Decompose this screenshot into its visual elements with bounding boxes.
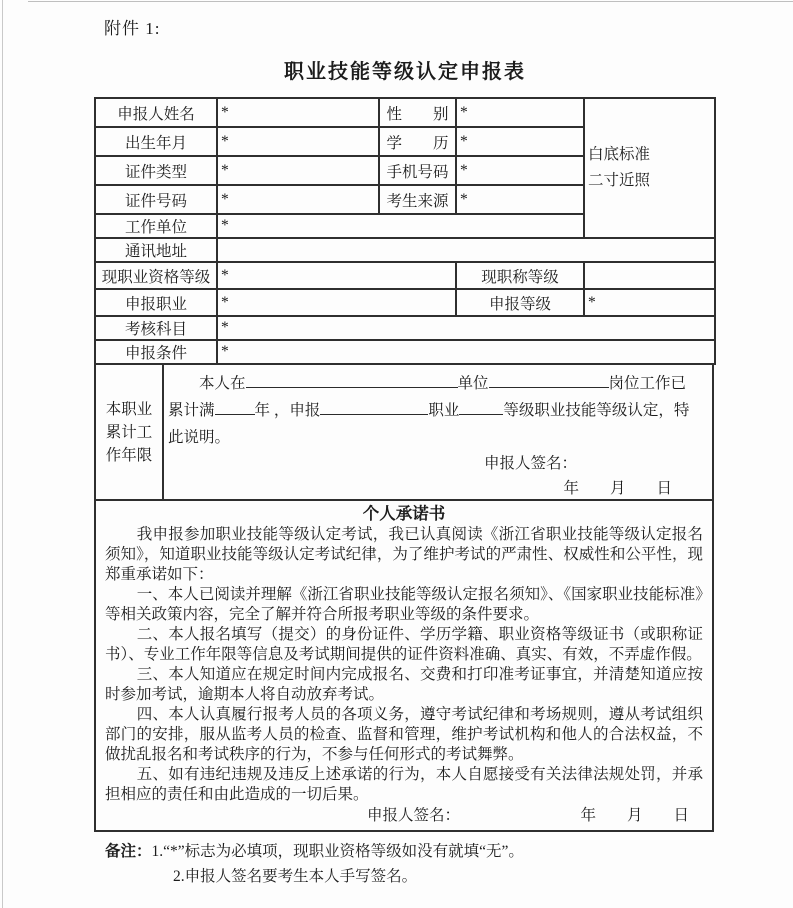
statement-text: 本人在 [199, 375, 246, 392]
note-item-1: 1.“*”标志为必填项，现职业资格等级如没有就填“无”。 [152, 843, 524, 860]
statement-text: 职业 [428, 402, 459, 419]
employer-value: * [217, 214, 584, 238]
photo-note-line2: 二寸近照 [588, 168, 711, 194]
photo-placeholder: 白底标准 二寸近照 [584, 98, 715, 238]
commitment-paragraph-5: 四、本人认真履行报考人员的各项义务，遵守考试纪律和考场规则，遵从考试组织部门的安… [105, 705, 703, 765]
applicant-name-label: 申报人姓名 [95, 98, 217, 127]
mailing-address-value [217, 238, 715, 262]
scan-edge-top [28, 1, 793, 2]
row-application-conditions: 申报条件 * [95, 340, 715, 364]
work-years-sign-label: 申报人签名： [168, 451, 700, 477]
work-years-statement: 本人在单位岗位工作已 累计满年 ，申报职业等级职业技能等级认定，特 此说明。 申… [164, 365, 712, 499]
commitment-date-label: 年 月 日 [580, 805, 689, 827]
assessment-subjects-label: 考核科目 [95, 316, 217, 340]
statement-text: 等级职业技能等级认定，特 [503, 402, 689, 419]
side-label-line1: 本职业 [106, 398, 153, 421]
blank-occupation-field [320, 399, 428, 415]
work-years-line3: 此说明。 [168, 424, 700, 451]
candidate-source-value: * [456, 185, 584, 214]
commitment-title: 个人承诺书 [105, 503, 703, 525]
education-label: 学 历 [379, 127, 456, 156]
commitment-paragraph-6: 五、如有违纪违规及违反上述承诺的行为，本人自愿接受有关法律法规处罚，并承担相应的… [105, 765, 703, 805]
application-form: 申报人姓名 * 性 别 * 白底标准 二寸近照 出生年月 * 学 历 * 证件类… [94, 97, 714, 832]
row-applied: 申报职业 * 申报等级 * [95, 289, 715, 316]
id-number-value: * [217, 185, 379, 214]
notes-section: 备注：1.“*”标志为必填项，现职业资格等级如没有就填“无”。 2.申报人签名要… [105, 839, 705, 889]
work-years-date-label: 年 月 日 [168, 477, 700, 501]
id-type-value: * [217, 156, 379, 185]
applied-occupation-value: * [217, 289, 456, 316]
notes-label: 备注： [105, 843, 152, 860]
gender-value: * [456, 98, 584, 127]
side-label-line2: 累计工 [106, 421, 153, 444]
id-number-label: 证件号码 [95, 185, 217, 214]
blank-company-field [246, 372, 458, 388]
commitment-section: 个人承诺书 我申报参加职业技能等级认定考试，我已认真阅读《浙江省职业技能等级认定… [94, 501, 714, 832]
attachment-label: 附件 1: [104, 14, 793, 39]
application-conditions-label: 申报条件 [95, 340, 217, 364]
applied-occupation-label: 申报职业 [95, 289, 217, 316]
current-title-level-label: 现职称等级 [456, 262, 584, 289]
work-years-line2: 累计满年 ，申报职业等级职业技能等级认定，特 [168, 397, 700, 424]
birth-date-value: * [217, 127, 379, 156]
assessment-subjects-value: * [217, 316, 715, 340]
commitment-sign-label: 申报人签名： [367, 805, 460, 827]
commitment-paragraph-3: 二、本人报名填写（提交）的身份证件、学历学籍、职业资格等级证书（或职称证书）、专… [105, 625, 703, 665]
row-applicant-name-gender: 申报人姓名 * 性 别 * 白底标准 二寸近照 [95, 98, 715, 127]
scan-edge-left [2, 0, 3, 908]
applied-level-value: * [584, 289, 715, 316]
form-title: 职业技能等级认定申报表 [95, 55, 715, 84]
statement-text: 岗位工作已 [609, 375, 687, 392]
statement-text: 年 ，申报 [255, 402, 321, 419]
applicant-name-value: * [217, 98, 379, 127]
mailing-address-label: 通讯地址 [95, 238, 217, 262]
work-years-section: 本职业 累计工 作年限 本人在单位岗位工作已 累计满年 ，申报职业等级职业技能等… [94, 365, 714, 501]
row-assessment-subjects: 考核科目 * [95, 316, 715, 340]
candidate-source-label: 考生来源 [379, 185, 456, 214]
blank-years-field [215, 399, 255, 415]
current-vocational-level-label: 现职业资格等级 [95, 262, 217, 289]
commitment-paragraph-4: 三、本人知道应在规定时间内完成报名、交费和打印准考证事宜，并清楚知道应按时参加考… [105, 665, 703, 705]
mobile-value: * [456, 156, 584, 185]
mobile-label: 手机号码 [379, 156, 456, 185]
commitment-paragraph-2: 一、本人已阅读并理解《浙江省职业技能等级认定报名须知》、《国家职业技能标准》等相… [105, 585, 703, 625]
blank-level-field [459, 399, 503, 415]
application-conditions-value: * [217, 340, 715, 364]
birth-date-label: 出生年月 [95, 127, 217, 156]
commitment-signature-row: 申报人签名： 年 月 日 [105, 805, 703, 827]
current-title-level-value [584, 262, 715, 289]
education-value: * [456, 127, 584, 156]
side-label-line3: 作年限 [106, 444, 153, 467]
scanned-document-page: 附件 1: 职业技能等级认定申报表 申报人姓名 * 性 别 * 白底标准 二寸近… [0, 0, 793, 908]
gender-label: 性 别 [379, 98, 456, 127]
statement-text: 累计满 [168, 402, 215, 419]
current-vocational-level-value: * [217, 262, 456, 289]
info-table: 申报人姓名 * 性 别 * 白底标准 二寸近照 出生年月 * 学 历 * 证件类… [94, 97, 716, 365]
row-current-levels: 现职业资格等级 * 现职称等级 [95, 262, 715, 289]
row-mailing-address: 通讯地址 [95, 238, 715, 262]
id-type-label: 证件类型 [95, 156, 217, 185]
work-years-side-label: 本职业 累计工 作年限 [96, 365, 164, 499]
blank-position-field [489, 372, 609, 388]
commitment-paragraph-1: 我申报参加职业技能等级认定考试，我已认真阅读《浙江省职业技能等级认定报名须知》，… [105, 525, 703, 585]
statement-text: 单位 [458, 375, 489, 392]
note-item-2: 2.申报人签名要考生本人手写签名。 [173, 864, 705, 889]
photo-note-line1: 白底标准 [588, 142, 711, 168]
applied-level-label: 申报等级 [456, 289, 584, 316]
work-years-line1: 本人在单位岗位工作已 [168, 370, 700, 397]
employer-label: 工作单位 [95, 214, 217, 238]
notes-line1: 备注：1.“*”标志为必填项，现职业资格等级如没有就填“无”。 [105, 839, 705, 864]
